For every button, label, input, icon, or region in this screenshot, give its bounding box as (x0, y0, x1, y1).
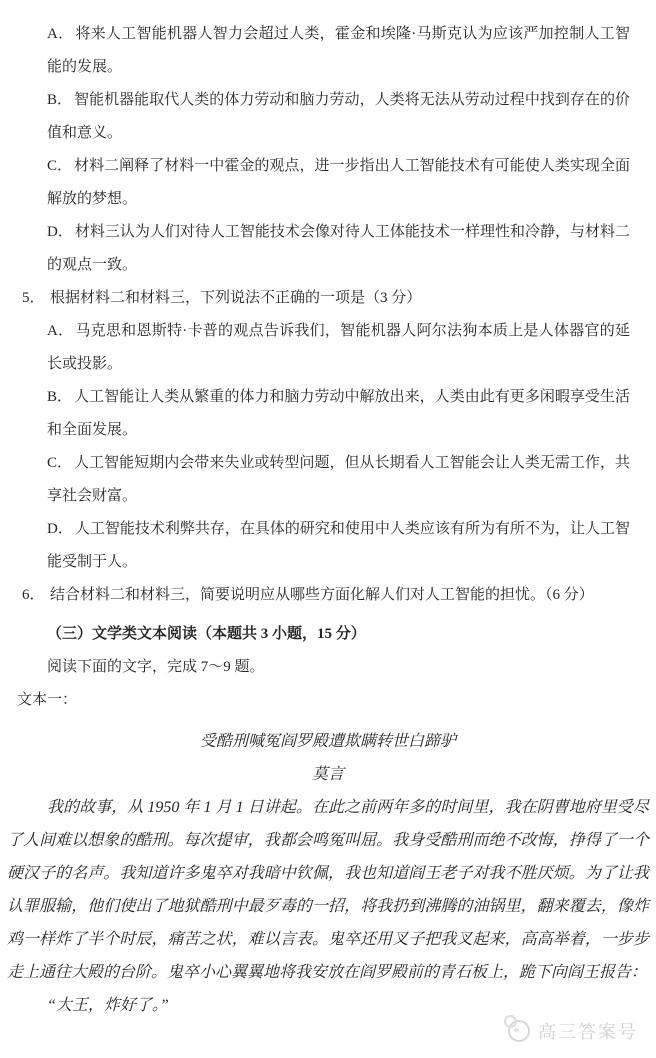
question-number: 6． (22, 579, 50, 612)
watermark-text: 高三答案号 (538, 1018, 638, 1044)
watermark: 高三答案号 (508, 1018, 638, 1044)
literary-paragraph: 我的故事，从 1950 年 1 月 1 日讲起。在此之前两年多的时间里，我在阴曹… (7, 791, 649, 989)
question-6: 6． 结合材料二和材料三，简要说明应从哪些方面化解人们对人工智能的担忧。（6 分… (22, 579, 630, 612)
option-text: 智能机器能取代人类的体力劳动和脑力劳动，人类将无法从劳动过程中找到存在的价值和意… (47, 92, 630, 141)
option-text: 将来人工智能机器人智力会超过人类，霍金和埃隆·马斯克认为应该严加控制人工智能的发… (47, 26, 630, 75)
q4-option-b: B．智能机器能取代人类的体力劳动和脑力劳动，人类将无法从劳动过程中找到存在的价值… (47, 84, 630, 150)
q5-option-b: B．人工智能让人类从繁重的体力和脑力劳动中解放出来，人类由此有更多闲暇享受生活和… (47, 381, 630, 447)
section-heading: （三）文学类文本阅读（本题共 3 小题，15 分） (47, 618, 630, 651)
q5-option-d: D．人工智能技术利弊共存，在具体的研究和使用中人类应该有所为有所不为，让人工智能… (47, 513, 630, 579)
reading-instruction: 阅读下面的文字，完成 7～9 题。 (47, 651, 630, 684)
literary-title: 受酷刑喊冤阎罗殿遭欺瞒转世白蹄驴 (7, 725, 649, 758)
text-one-label: 文本一： (17, 684, 630, 717)
literary-author: 莫言 (7, 758, 649, 791)
option-label: A． (47, 323, 73, 339)
option-label: A． (47, 26, 73, 42)
literary-text-block: 受酷刑喊冤阎罗殿遭欺瞒转世白蹄驴 莫言 我的故事，从 1950 年 1 月 1 … (7, 725, 649, 1022)
panda-logo-icon (508, 1020, 530, 1042)
option-label: D． (47, 521, 73, 537)
option-text: 马克思和恩斯特·卡普的观点告诉我们，智能机器人阿尔法狗本质上是人体器官的延长或投… (47, 323, 630, 372)
question-5: 5． 根据材料二和材料三，下列说法不正确的一项是（3 分） (22, 282, 630, 315)
q4-option-c: C．材料二阐释了材料一中霍金的观点，进一步指出人工智能技术有可能使人类实现全面解… (47, 150, 630, 216)
exam-paper-page: A．将来人工智能机器人智力会超过人类，霍金和埃隆·马斯克认为应该严加控制人工智能… (0, 0, 656, 1058)
q5-option-c: C．人工智能短期内会带来失业或转型问题，但从长期看人工智能会让人类无需工作，共享… (47, 447, 630, 513)
option-label: B． (47, 92, 72, 108)
q5-option-a: A．马克思和恩斯特·卡普的观点告诉我们，智能机器人阿尔法狗本质上是人体器官的延长… (47, 315, 630, 381)
option-text: 材料三认为人们对待人工智能技术会像对待人工体能技术一样理性和冷静，与材料二的观点… (47, 224, 630, 273)
q4-option-a: A．将来人工智能机器人智力会超过人类，霍金和埃隆·马斯克认为应该严加控制人工智能… (47, 18, 630, 84)
option-text: 人工智能让人类从繁重的体力和脑力劳动中解放出来，人类由此有更多闲暇享受生活和全面… (47, 389, 630, 438)
option-text: 人工智能技术利弊共存，在具体的研究和使用中人类应该有所为有所不为，让人工智能受制… (47, 521, 630, 570)
q4-option-d: D．材料三认为人们对待人工智能技术会像对待人工体能技术一样理性和冷静，与材料二的… (47, 216, 630, 282)
option-label: D． (47, 224, 73, 240)
option-label: B． (47, 389, 72, 405)
exam-content: A．将来人工智能机器人智力会超过人类，霍金和埃隆·马斯克认为应该严加控制人工智能… (0, 18, 656, 1022)
question-stem: 根据材料二和材料三，下列说法不正确的一项是（3 分） (50, 282, 630, 315)
option-text: 材料二阐释了材料一中霍金的观点，进一步指出人工智能技术有可能使人类实现全面解放的… (47, 158, 630, 207)
question-number: 5． (22, 282, 50, 315)
option-label: C． (47, 455, 72, 471)
question-stem: 结合材料二和材料三，简要说明应从哪些方面化解人们对人工智能的担忧。（6 分） (50, 579, 630, 612)
option-text: 人工智能短期内会带来失业或转型问题，但从长期看人工智能会让人类无需工作，共享社会… (47, 455, 630, 504)
option-label: C． (47, 158, 72, 174)
